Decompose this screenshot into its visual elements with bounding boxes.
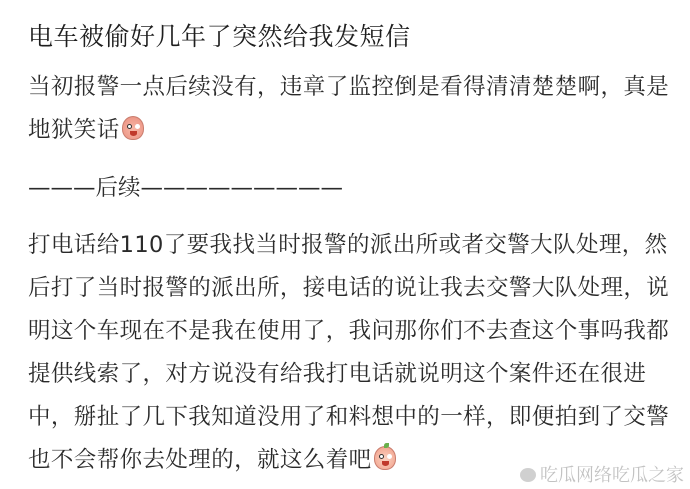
watermark: 吃瓜网络吃瓜之家 bbox=[520, 465, 684, 487]
wechat-icon bbox=[520, 468, 536, 482]
crying-face-emoji-icon bbox=[122, 116, 144, 140]
peach-face-emoji-icon bbox=[374, 446, 396, 470]
post-title: 电车被偷好几年了突然给我发短信 bbox=[28, 18, 411, 56]
paragraph-2-text: 打电话给110了要我找当时报警的派出所或者交警大队处理，然后打了当时报警的派出所… bbox=[28, 232, 669, 473]
watermark-text: 吃瓜网络吃瓜之家 bbox=[540, 465, 684, 486]
post-paragraph-1: 当初报警一点后续没有，违章了监控倒是看得清清楚楚啊，真是地狱笑话 bbox=[28, 66, 678, 152]
follow-up-divider: ———后续————————— bbox=[28, 168, 343, 208]
leaf-icon bbox=[384, 443, 389, 448]
post-paragraph-2: 打电话给110了要我找当时报警的派出所或者交警大队处理，然后打了当时报警的派出所… bbox=[28, 224, 678, 482]
